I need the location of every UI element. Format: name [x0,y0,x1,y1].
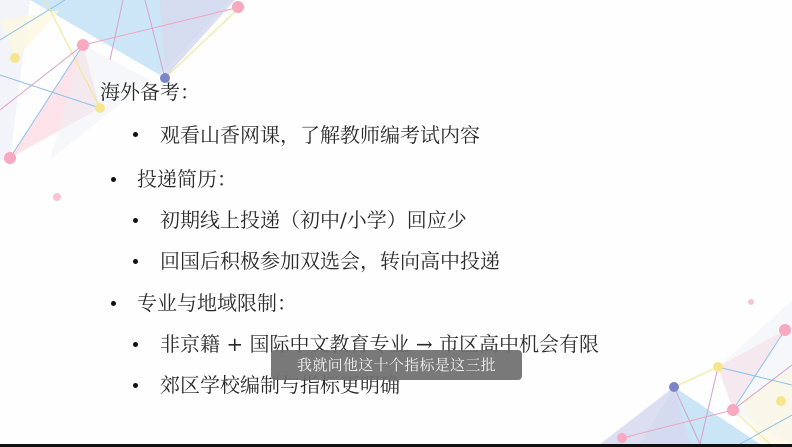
bullet-icon [111,301,116,306]
bullet-icon [133,259,138,264]
list-item: 投递简历： [137,167,237,191]
video-subtitle-caption: 我就问他这十个指标是这三批 [271,350,522,380]
slide-heading: 海外备考： [100,80,200,104]
list-item: 初期线上投递（初中/小学）回应少 [160,208,467,232]
bullet-icon [111,177,116,182]
bullet-icon [133,342,138,347]
list-item: 回国后积极参加双选会，转向高中投递 [160,249,500,273]
bullet-icon [133,218,138,223]
bullet-icon [133,383,138,388]
list-item: 专业与地域限制： [137,291,297,315]
list-item: 观看山香网课，了解教师编考试内容 [160,123,480,147]
bullet-icon [133,132,138,137]
